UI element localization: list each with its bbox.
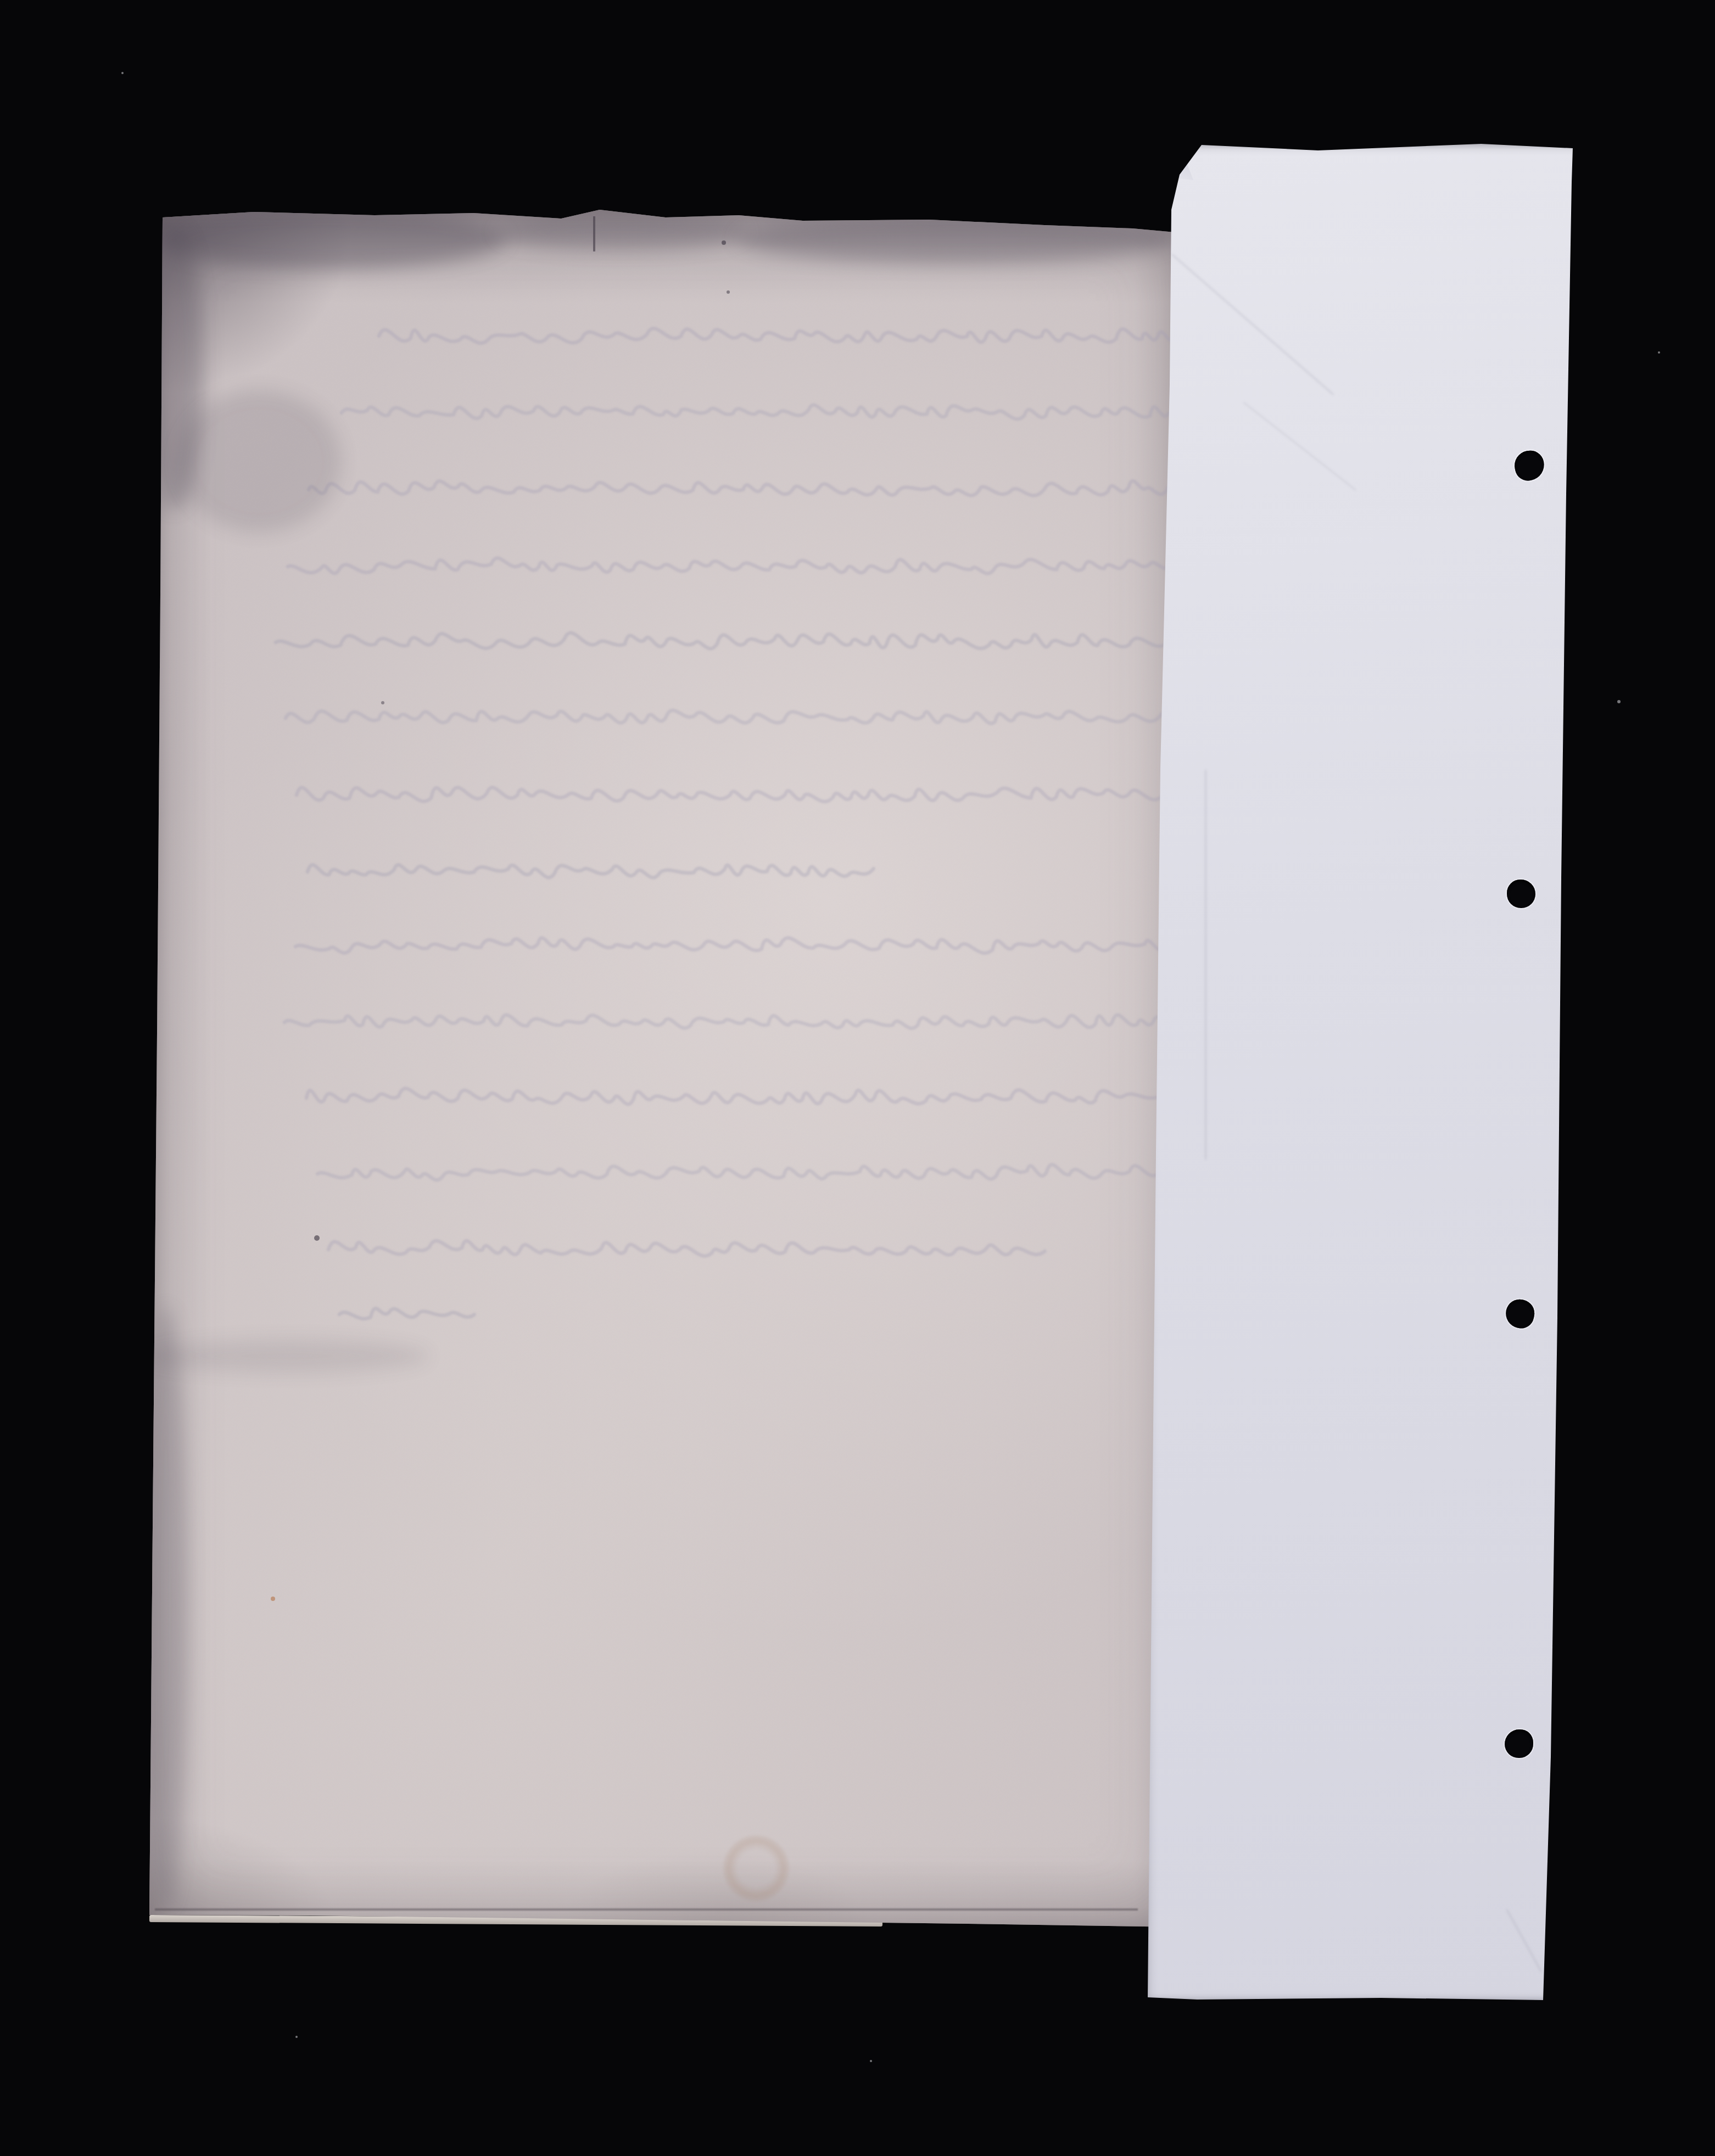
punch-hole: [1512, 448, 1547, 483]
strip-crease: [1506, 1909, 1542, 1972]
edge-grime-smudge: [144, 1340, 429, 1373]
dust-speck: [295, 2036, 298, 2038]
strip-crease: [1205, 770, 1206, 1160]
paper-speck: [722, 240, 726, 245]
letter-page: [144, 209, 1181, 1928]
paper-speck: [727, 290, 730, 294]
edge-grime-smudge: [155, 209, 506, 269]
strip-crease: [1171, 254, 1334, 395]
edge-grime-smudge: [737, 214, 1176, 264]
punch-hole: [1503, 1297, 1537, 1331]
dust-speck: [121, 72, 124, 74]
paper-speck: [381, 701, 384, 704]
dust-speck: [1617, 700, 1621, 703]
photo-background: [0, 0, 1715, 2156]
interleaf-strip: [1145, 144, 1579, 2001]
paper-speck: [314, 1235, 320, 1241]
edge-grime-smudge: [177, 390, 342, 533]
edge-grime-smudge: [144, 1307, 188, 1911]
dust-speck: [870, 2060, 872, 2062]
strip-crease: [1243, 402, 1356, 491]
ring-stain: [723, 1835, 789, 1901]
bottom-edge-crease: [155, 1908, 1138, 1911]
punch-hole: [1507, 880, 1535, 908]
punch-hole: [1505, 1729, 1534, 1759]
edge-grime-smudge: [495, 213, 748, 251]
paper-speck: [271, 1597, 275, 1601]
edge-tear: [593, 216, 595, 251]
dust-speck: [1658, 351, 1660, 354]
dog-ear-fold: [1145, 144, 1222, 193]
